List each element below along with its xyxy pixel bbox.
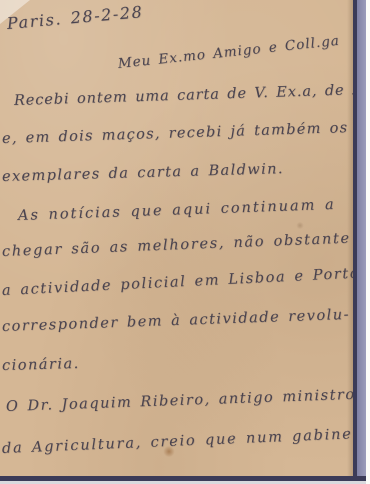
letter-line: O Dr. Joaquim Ribeiro, antigo ministro (6, 387, 356, 416)
scan-white-edge-right (366, 0, 370, 484)
letter-line: exemplares da carta a Baldwin. (2, 161, 284, 186)
letter-line: As notícias que aqui continuam a (18, 197, 336, 225)
letter-line: corresponder bem à actividade revolu- (2, 307, 351, 336)
dateline: Paris. 28-2-28 (6, 3, 144, 33)
salutation: Meu Ex.mo Amigo e Coll.ga (117, 34, 340, 73)
letter-line: a actividade policial em Lisboa e Porto (2, 265, 361, 299)
binding-band (357, 0, 366, 481)
letter-line: e, em dois maços, recebi já também os (2, 120, 349, 148)
letter-line: cionária. (2, 356, 80, 375)
letter-line: chegar são as melhores, não obstante (2, 231, 351, 261)
letter-line: da Agricultura, creio que num gabinete (2, 426, 370, 458)
scanned-letter-page: Paris. 28-2-28 Meu Ex.mo Amigo e Coll.ga… (0, 0, 370, 484)
letter-line: Recebi ontem uma carta de V. Ex.a, de 25… (14, 82, 370, 110)
letter-paper: Paris. 28-2-28 Meu Ex.mo Amigo e Coll.ga… (0, 0, 353, 477)
paper-blemish (296, 222, 304, 229)
